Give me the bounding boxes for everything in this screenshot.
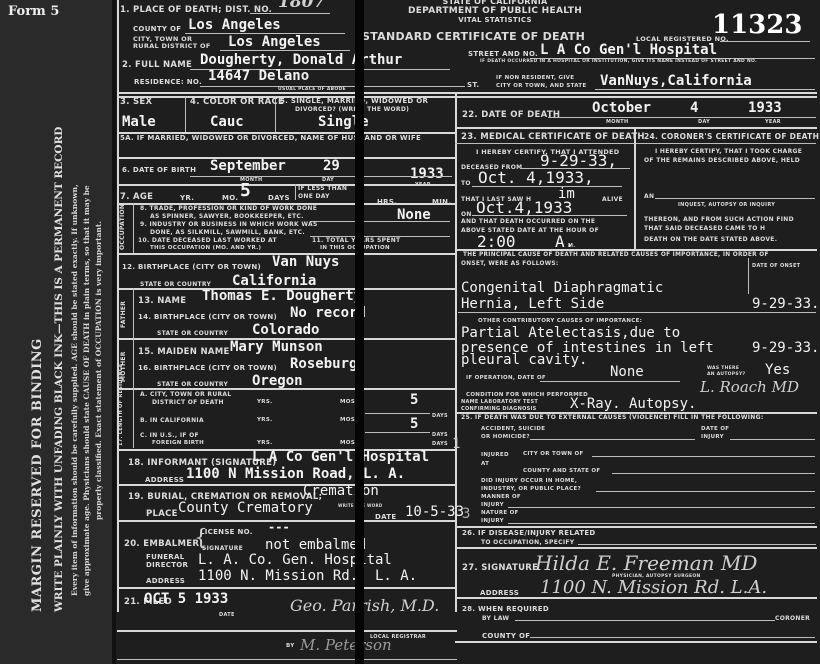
burial-place-label: PLACE — [146, 509, 178, 519]
last-worked-label-1: 10. DATE DECEASED LAST WORKED AT — [138, 237, 277, 244]
to-label: TO — [461, 180, 471, 187]
date-injury-label-1: DATE OF — [701, 426, 729, 432]
dist-no: 1807 — [278, 0, 325, 12]
father-name-label: 13. NAME — [138, 296, 186, 306]
informant-address: 1100 N Mission Road, L. A. — [186, 466, 405, 482]
margin-instruction-3: properly classified. Exact statement of … — [94, 221, 103, 520]
cause-intro-1: THE PRINCIPAL CAUSE OF DEATH AND RELATED… — [463, 252, 769, 258]
nature-label-1: NATURE OF — [481, 510, 519, 516]
street-value: L A Co Gen'l Hospital — [540, 42, 717, 58]
city-value: Los Angeles — [228, 34, 321, 50]
rule — [596, 491, 815, 492]
lab-value: X-Ray. Autopsy. — [570, 396, 696, 412]
yrs-label-b: YRS. — [257, 417, 272, 423]
alive-label: ALIVE — [602, 196, 623, 203]
maiden-name-label: 15. MAIDEN NAME — [138, 347, 230, 357]
form-label: Form 5 — [8, 4, 59, 19]
city-label-2: RURAL DISTRICT OF — [133, 42, 211, 50]
death-date-label: 22. DATE OF DEATH — [462, 110, 560, 120]
mother-birthplace-label: 16. BIRTHPLACE (CITY OR TOWN) — [138, 364, 277, 372]
color-value: Cauc — [210, 114, 244, 130]
margin-title: MARGIN RESERVED FOR BINDING — [30, 338, 45, 612]
inquest-label: INQUEST, AUTOPSY OR INQUIRY — [678, 202, 775, 208]
spouse-label: 5A. IF MARRIED, WIDOWED OR DIVORCED, NAM… — [120, 134, 421, 142]
birthplace-state: California — [232, 273, 316, 289]
physician-signature[interactable]: Hilda E. Freeman MD — [535, 551, 757, 575]
coroner-an-label: AN — [644, 193, 654, 200]
residence-b-days: 5 — [410, 416, 418, 432]
principal-cause-1: Congenital Diaphragmatic — [461, 280, 663, 296]
rule — [455, 127, 817, 129]
rule — [190, 176, 452, 177]
rule — [655, 198, 815, 199]
rule — [612, 473, 815, 474]
license-label: LICENSE NO. — [200, 528, 253, 536]
death-year: 1933 — [748, 100, 782, 116]
cause-intro-2: ONSET, WERE AS FOLLOWS: — [461, 261, 559, 267]
embalmer-signature: not embalmed — [265, 537, 366, 553]
rule — [117, 587, 455, 589]
rule — [508, 507, 815, 508]
header-department: DEPARTMENT OF PUBLIC HEALTH — [365, 6, 625, 16]
maiden-name: Mary Munson — [230, 339, 323, 355]
father-section-label: FATHER — [120, 301, 127, 328]
local-registered-no: 11323 — [712, 10, 802, 40]
rule — [117, 388, 455, 390]
birthplace-city: Van Nuys — [272, 254, 339, 270]
date-of-onset-label: DATE OF ONSET — [752, 263, 800, 269]
injury-county-label: COUNTY AND STATE OF — [523, 468, 600, 474]
rule — [365, 432, 430, 433]
less-than-day-label-1: IF LESS THAN — [298, 185, 347, 192]
informant-address-label: ADDRESS — [145, 476, 184, 484]
manner-label-1: MANNER OF — [481, 494, 521, 500]
registrar-signature[interactable]: Geo. Parrish, M.D. — [290, 596, 439, 615]
burial-value: Cremation — [303, 483, 379, 499]
rule — [117, 630, 457, 632]
death-month: October — [592, 100, 651, 116]
margin-instruction-2: give approximate age. Physicians should … — [82, 185, 91, 596]
residence-b-label: B. IN CALIFORNIA — [140, 417, 204, 424]
coroner-title-label: CORONER — [775, 615, 810, 622]
accident-label-1: ACCIDENT, SUICIDE — [481, 426, 545, 432]
principal-cause-2: Hernia, Left Side — [461, 296, 604, 312]
informant-name: L A Co Gen'l Hospital — [252, 449, 429, 465]
mother-state-label: STATE OR COUNTRY — [157, 381, 228, 388]
rule — [117, 484, 455, 486]
rule — [455, 526, 817, 528]
days-label-c: DAYS — [432, 441, 448, 447]
rule — [455, 249, 817, 251]
dob-label: 6. DATE OF BIRTH — [122, 166, 196, 174]
rule — [185, 96, 186, 132]
rule — [548, 117, 816, 118]
examiner-initials: L. Roach MD — [700, 378, 799, 396]
signature-address-label: ADDRESS — [480, 589, 519, 597]
full-name-label: 2. FULL NAME — [122, 60, 192, 70]
nonresident-label-1: IF NON RESIDENT, GIVE — [496, 75, 574, 81]
nature-label-2: INJURY — [481, 518, 504, 524]
rule — [730, 439, 815, 440]
operation-label: IF OPERATION, DATE OF — [466, 375, 546, 381]
coroner-text-1: I HEREBY CERTIFY, THAT I TOOK CHARGE — [655, 148, 802, 155]
coroner-text-5: DEATH ON THE DATE STATED ABOVE. — [644, 236, 777, 243]
residence-st: ST. — [467, 81, 479, 89]
injured-at-label: INJURED AT — [481, 451, 519, 469]
funeral-address-label: ADDRESS — [146, 577, 185, 585]
residence-a-label-1: A. CITY, TOWN OR RURAL — [140, 391, 231, 398]
residence-a-label-2: DISTRICT OF DEATH — [152, 399, 224, 406]
dob-day-label: DAY — [322, 177, 334, 183]
rule — [472, 186, 622, 187]
days-label-b: DAYS — [432, 432, 448, 438]
rule — [530, 637, 815, 638]
burial-place: County Crematory — [178, 500, 313, 516]
rule-top — [117, 92, 817, 94]
rule — [508, 523, 815, 524]
attended-to: Oct. 4,1933, — [478, 168, 594, 187]
operation-value: None — [610, 364, 644, 380]
embalmer-label: 20. EMBALMER — [124, 539, 199, 549]
birthplace-state-label: STATE OR COUNTRY — [140, 281, 211, 288]
occupational-label-2: TO OCCUPATION, SPECIFY — [481, 539, 574, 546]
filed-date: OCT 5 1933 — [144, 591, 228, 607]
hospital-note: IF DEATH OCCURRED IN A HOSPITAL OR INSTI… — [480, 59, 757, 64]
rule — [720, 41, 810, 42]
sex-value: Male — [122, 114, 156, 130]
occupational-label-1: 26. IF DISEASE/INJURY RELATED — [462, 529, 596, 537]
father-birthplace-label: 14. BIRTHPLACE (CITY OR TOWN) — [138, 313, 277, 321]
father-state-label: STATE OR COUNTRY — [157, 330, 228, 337]
rule — [133, 338, 134, 388]
rule — [455, 143, 635, 144]
age-label: 7. AGE — [120, 192, 153, 202]
rule — [636, 143, 816, 144]
margin-instruction-1: Every item of information should be care… — [70, 184, 79, 596]
age-mo-label: MO. — [222, 194, 238, 202]
embalmer-signature-label: SIGNATURE — [202, 545, 243, 552]
street-label: STREET AND NO. — [468, 50, 538, 58]
less-than-day-label-2: ONE DAY — [298, 193, 330, 200]
principal-onset: 9-29-33. — [752, 296, 819, 312]
autopsy-value: Yes — [765, 362, 790, 378]
dob-year: 1933 — [410, 166, 444, 182]
nonresident-value: VanNuys,California — [600, 73, 752, 89]
margin-mark-1: 1 — [452, 436, 460, 452]
yrs-label-a: YRS. — [257, 399, 272, 405]
rule — [220, 50, 350, 51]
funeral-director-label-1: FUNERAL — [146, 553, 184, 561]
funeral-address: 1100 N. Mission Rd., L. A. — [198, 568, 417, 584]
father-state: Colorado — [252, 322, 319, 338]
accident-label-2: OR HOMICIDE? — [481, 434, 530, 440]
occupation-section-label: OCCUPATION — [119, 204, 126, 250]
residence-value: 14647 Delano — [208, 68, 309, 84]
coroner-text-2: OF THE REMAINS DESCRIBED ABOVE, HELD — [644, 157, 800, 164]
rule — [250, 13, 330, 14]
father-name: Thomas E. Dougherty — [202, 288, 362, 304]
mother-birthplace: Roseburg — [290, 356, 357, 372]
coroner-label-1: 28. WHEN REQUIRED — [462, 605, 549, 613]
where-label-1: DID INJURY OCCUR IN HOME, — [481, 478, 577, 484]
on-label: ON — [461, 211, 472, 218]
color-label: 4. COLOR OR RACE — [190, 97, 284, 107]
rule — [472, 215, 627, 216]
mother-state: Oregon — [252, 373, 303, 389]
coroner-text-3: THEREON, AND FROM SUCH ACTION FIND — [644, 216, 794, 223]
coroner-certificate-title: 24. CORONER'S CERTIFICATE OF DEATH — [644, 132, 819, 141]
rule — [455, 641, 817, 643]
margin-divider — [112, 0, 116, 664]
rule — [133, 388, 134, 448]
manner-label-2: INJURY — [481, 502, 504, 508]
days-label-a: DAYS — [432, 413, 448, 419]
lab-label-1: NAME LABORATORY TEST — [461, 399, 538, 405]
signature-label: 27. SIGNATURE — [462, 563, 538, 573]
other-cause-1: Partial Atelectasis,due to — [461, 325, 680, 341]
residence-c-label-2: FOREIGN BIRTH — [152, 440, 204, 446]
rule — [515, 620, 775, 621]
margin-ink-notice: WRITE PLAINLY WITH UNFADING BLACK INK—TH… — [53, 127, 65, 612]
age-days-value: 5 — [240, 180, 251, 201]
coroner-county-label: COUNTY OF — [482, 632, 530, 640]
rule — [117, 157, 455, 159]
rule — [133, 288, 134, 338]
license-value: --- — [268, 520, 290, 534]
dob-month: September — [210, 158, 286, 174]
residence-label: RESIDENCE: NO. — [134, 78, 202, 86]
external-label: 25. IF DEATH WAS DUE TO EXTERNAL CAUSES … — [461, 414, 764, 421]
by-label: BY — [286, 643, 294, 649]
nonresident-label-2: CITY OR TOWN, AND STATE — [496, 83, 587, 89]
yrs-label-c: YRS. — [257, 440, 272, 446]
coroner-label-2: BY LAW — [482, 615, 509, 622]
death-year-label: YEAR — [765, 119, 781, 125]
autopsy-label: WAS THERE AN AUTOPSY? — [707, 366, 747, 378]
death-month-label: MONTH — [606, 119, 629, 125]
county-value: Los Angeles — [188, 17, 281, 33]
death-day-label: DAY — [698, 119, 710, 125]
age-yr-label: YR. — [180, 194, 194, 202]
full-name-value: Dougherty, Donald Arthur — [200, 52, 402, 68]
rule — [578, 544, 816, 545]
rule — [310, 221, 450, 222]
coroner-text-4: THAT SAID DECEASED CAME TO H — [644, 225, 765, 232]
signature-address: 1100 N. Mission Rd. L.A. — [540, 577, 767, 598]
marital-label-2: DIVORCED? (WRITE THE WORD) — [295, 106, 409, 113]
industry-label-1: 9. INDUSTRY OR BUSINESS IN WHICH WORK WA… — [140, 221, 318, 228]
deputy-signature: M. Peterson — [300, 636, 392, 654]
rule — [117, 659, 457, 660]
rule — [634, 127, 636, 249]
rule — [458, 312, 816, 313]
residence-c-label-1: C. IN U.S., IF OF — [140, 432, 199, 439]
funeral-director-label-2: DIRECTOR — [146, 561, 188, 569]
rule — [365, 413, 430, 414]
rule — [748, 258, 749, 294]
rule — [133, 203, 134, 253]
birthplace-label: 12. BIRTHPLACE (CITY OR TOWN) — [122, 263, 261, 271]
sex-label: 3. SEX — [120, 97, 152, 107]
rule — [592, 456, 815, 457]
filed-date-label: DATE — [219, 612, 235, 618]
trade-label-2: AS SPINNER, SAWYER, BOOKKEEPER, ETC. — [150, 213, 304, 220]
rule — [455, 597, 817, 599]
date-injury-label-2: INJURY — [701, 434, 724, 440]
residence-length-section-label: 17. LENGTH OF RESIDENCE — [118, 363, 124, 446]
rule — [530, 439, 695, 440]
occurred-text-1: AND THAT DEATH OCCURRED ON THE — [461, 218, 595, 225]
rule — [117, 184, 455, 186]
margin-mark-3: 3 — [462, 506, 470, 522]
scan-gap — [355, 0, 364, 664]
header-division: VITAL STATISTICS — [365, 16, 625, 24]
binding-margin: Form 5 MARGIN RESERVED FOR BINDING WRITE… — [0, 0, 112, 664]
trade-label-1: 8. TRADE, PROFESSION OR KIND OF WORK DON… — [140, 205, 317, 212]
other-onset: 9-29-33. — [752, 340, 819, 356]
county-label: COUNTY OF — [133, 25, 181, 33]
injury-city-label: CITY OR TOWN OF — [523, 451, 584, 457]
other-causes-label: OTHER CONTRIBUTORY CAUSES OF IMPORTANCE: — [478, 318, 642, 324]
frame-middle — [455, 92, 457, 612]
medical-certificate-title: 23. MEDICAL CERTIFICATE OF DEATH — [461, 132, 645, 142]
death-day: 4 — [690, 100, 698, 116]
other-cause-3: pleural cavity. — [461, 352, 587, 368]
residence-a-days: 5 — [410, 392, 418, 408]
industry-label-2: DONE, AS SILKMILL, SAWMILL, BANK, ETC. — [150, 229, 305, 236]
where-label-2: INDUSTRY, OR PUBLIC PLACE? — [481, 486, 581, 492]
header-block: STATE OF CALIFORNIA DEPARTMENT OF PUBLIC… — [365, 0, 625, 24]
burial-date: 10-5-33 — [405, 504, 464, 520]
dob-day: 29 — [323, 158, 340, 174]
usual-place-note: USUAL PLACE OF ABODE — [278, 87, 346, 92]
rule — [455, 547, 817, 549]
age-days-label: DAYS — [268, 194, 290, 202]
rule — [540, 381, 680, 382]
rule — [295, 184, 296, 200]
rule — [595, 89, 815, 90]
last-worked-label-2: THIS OCCUPATION (MO. AND YR.) — [150, 245, 261, 251]
